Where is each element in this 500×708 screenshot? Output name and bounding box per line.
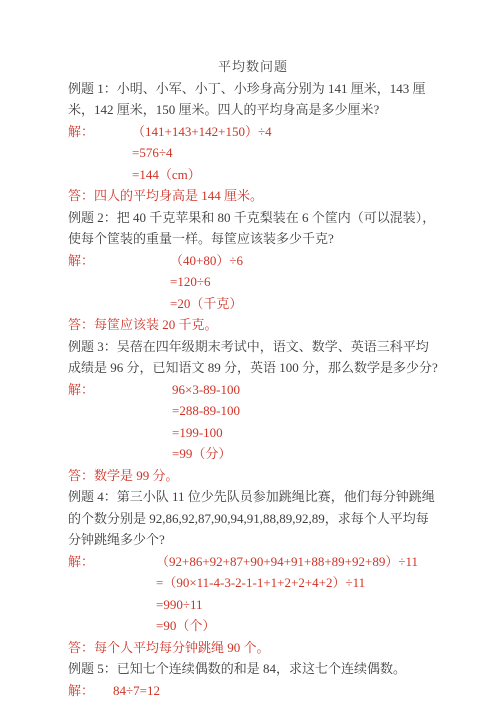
problem-5-solution: 解： 84÷7=12 <box>68 680 438 702</box>
solution-step: =20（千克） <box>170 293 438 315</box>
problem-1-steps: （141+143+142+150）÷4 =576÷4 =144（cm） <box>132 121 438 186</box>
solve-label: 解： <box>68 551 94 573</box>
problem-5: 例题 5：已知七个连续偶数的和是 84，求这七个连续偶数。 解： 84÷7=12 <box>68 658 438 701</box>
solution-step: =120÷6 <box>170 271 438 293</box>
problem-5-question: 例题 5：已知七个连续偶数的和是 84，求这七个连续偶数。 <box>68 658 438 680</box>
solution-step: =99（分） <box>172 443 438 465</box>
problem-2-solution: 解： （40+80）÷6 =120÷6 =20（千克） <box>68 250 438 315</box>
problem-2-question: 例题 2：把 40 千克苹果和 80 千克梨装在 6 个筐内（可以混装），使每个… <box>68 207 438 250</box>
solution-step: =（90×11-4-3-2-1-1+1+2+2+4+2）÷11 <box>156 572 438 594</box>
problem-4: 例题 4：第三小队 11 位少先队员参加跳绳比赛，他们每分钟跳绳的个数分别是 9… <box>68 486 438 658</box>
solve-label: 解： <box>68 250 94 272</box>
problem-4-answer: 答：每个人平均每分钟跳绳 90 个。 <box>68 637 438 659</box>
solve-label: 解： <box>68 121 94 143</box>
problem-3-answer: 答：数学是 99 分。 <box>68 465 438 487</box>
document-page: 平均数问题 例题 1：小明、小军、小丁、小珍身高分别为 141 厘米，143 厘… <box>0 0 500 708</box>
solution-step: =990÷11 <box>156 594 438 616</box>
document-title: 平均数问题 <box>68 56 438 78</box>
solve-label: 解： <box>68 680 94 702</box>
solution-step: （40+80）÷6 <box>170 250 438 272</box>
problem-3: 例题 3：吴蓓在四年级期末考试中，语文、数学、英语三科平均成绩是 96 分，已知… <box>68 336 438 487</box>
problem-3-question: 例题 3：吴蓓在四年级期末考试中，语文、数学、英语三科平均成绩是 96 分，已知… <box>68 336 438 379</box>
problem-1-answer: 答：四人的平均身高是 144 厘米。 <box>68 185 438 207</box>
problem-5-steps: 84÷7=12 <box>113 680 438 702</box>
solution-step: 84÷7=12 <box>113 680 438 702</box>
problem-2-steps: （40+80）÷6 =120÷6 =20（千克） <box>170 250 438 315</box>
solution-step: （92+86+92+87+90+94+91+88+89+92+89）÷11 <box>156 551 438 573</box>
solution-step: =288-89-100 <box>172 400 438 422</box>
problem-4-steps: （92+86+92+87+90+94+91+88+89+92+89）÷11 =（… <box>156 551 438 637</box>
problem-4-solution: 解： （92+86+92+87+90+94+91+88+89+92+89）÷11… <box>68 551 438 637</box>
problem-2-answer: 答：每筐应该装 20 千克。 <box>68 314 438 336</box>
solution-step: =144（cm） <box>132 164 438 186</box>
problem-3-solution: 解： 96×3-89-100 =288-89-100 =199-100 =99（… <box>68 379 438 465</box>
problem-1-solution: 解： （141+143+142+150）÷4 =576÷4 =144（cm） <box>68 121 438 186</box>
problem-3-steps: 96×3-89-100 =288-89-100 =199-100 =99（分） <box>172 379 438 465</box>
solve-label: 解： <box>68 379 94 401</box>
problem-2: 例题 2：把 40 千克苹果和 80 千克梨装在 6 个筐内（可以混装），使每个… <box>68 207 438 336</box>
problem-1: 例题 1：小明、小军、小丁、小珍身高分别为 141 厘米，143 厘米，142 … <box>68 78 438 207</box>
solution-step: （141+143+142+150）÷4 <box>132 121 438 143</box>
problem-1-question: 例题 1：小明、小军、小丁、小珍身高分别为 141 厘米，143 厘米，142 … <box>68 78 438 121</box>
solution-step: 96×3-89-100 <box>172 379 438 401</box>
solution-step: =576÷4 <box>132 142 438 164</box>
problem-4-question: 例题 4：第三小队 11 位少先队员参加跳绳比赛，他们每分钟跳绳的个数分别是 9… <box>68 486 438 551</box>
solution-step: =90（个） <box>156 615 438 637</box>
solution-step: =199-100 <box>172 422 438 444</box>
